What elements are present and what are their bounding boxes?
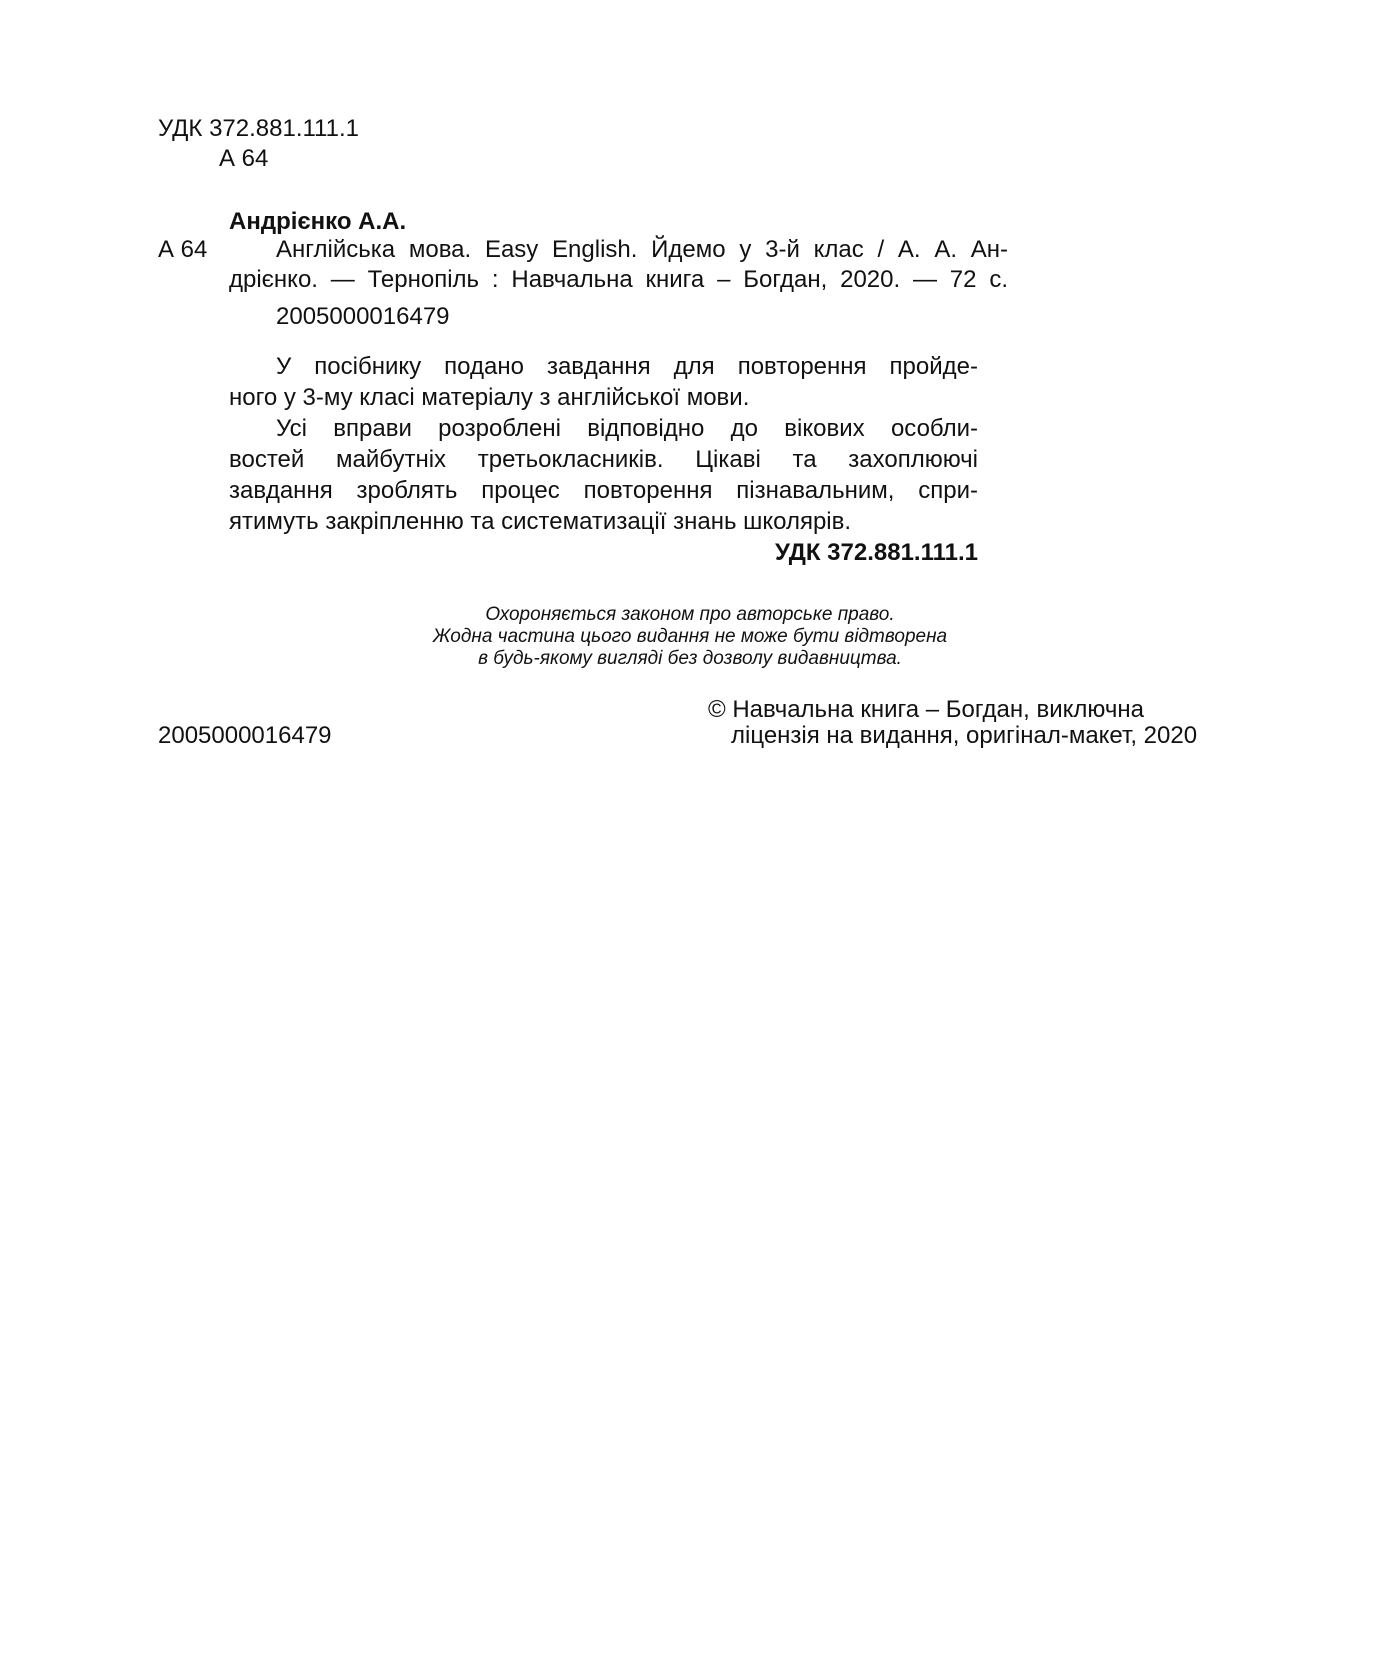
margin-code: А 64 [158,238,207,262]
udk-bold: УДК 372.881.111.1 [775,541,978,565]
isbn: 2005000016479 [276,305,450,329]
description-line-1: Англійська мова. Easy English. Йдемо у 3… [276,238,1008,262]
annotation-line: завдання зроблять процес повторення пізн… [229,479,978,503]
annotation-line: У посібнику подано завдання для повторен… [276,355,978,379]
bbk-code: А 64 [219,147,268,171]
copyright-line-1: © Навчальна книга – Богдан, виключна [708,698,1144,722]
footer-isbn: 2005000016479 [158,724,332,748]
udk-code: УДК 372.881.111.1 [158,117,359,141]
annotation-line: востей майбутніх третьокласників. Цікаві… [229,448,978,472]
notice-line: Жодна частина цього видання не може бути… [400,626,980,648]
annotation-line: ятимуть закріпленню та систематизації зн… [229,510,851,534]
copyright-line-2: ліцензія на видання, оригінал-макет, 202… [731,724,1197,748]
author-name: Андрієнко А.А. [229,210,406,234]
notice-line: Охороняється законом про авторське право… [400,604,980,626]
annotation-line: Усі вправи розроблені відповідно до віко… [276,417,978,441]
description-line-2: дрієнко. — Тернопіль : Навчальна книга –… [229,268,1008,292]
notice-line: в будь-якому вигляді без дозволу видавни… [400,648,980,670]
annotation-line: ного у 3-му класі матеріалу з англійсько… [229,386,749,410]
